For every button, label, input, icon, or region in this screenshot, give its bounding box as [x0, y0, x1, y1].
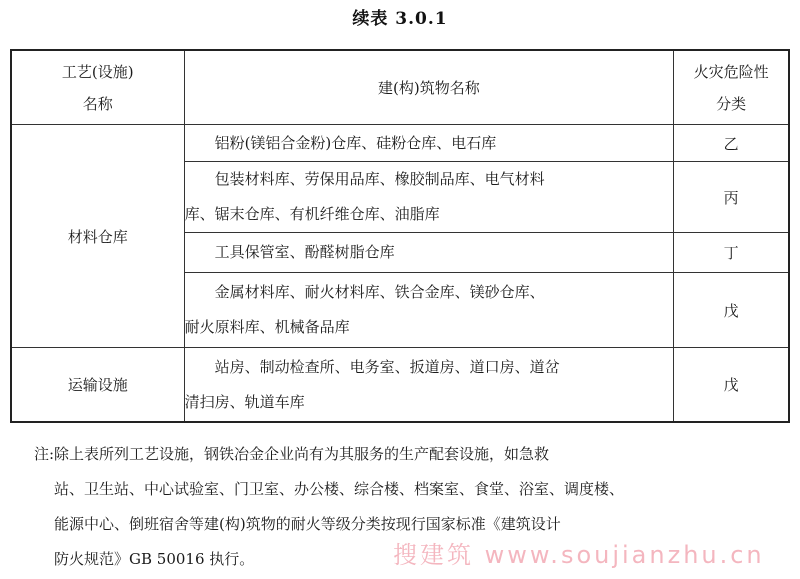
building-names-cell: 铝粉(镁铝合金粉)仓库、硅粉仓库、电石库	[184, 125, 674, 162]
building-names-text-cont: 耐火原料库、机械备品库	[185, 318, 350, 336]
table-header-row: 工艺(设施) 名称 建(构)筑物名称 火灾危险性 分类	[11, 50, 789, 125]
header-col3-line2: 分类	[716, 95, 746, 113]
table-title: 续表 3.0.1	[0, 4, 800, 29]
hazard-class-cell: 丙	[674, 162, 789, 233]
building-names-cell: 包装材料库、劳保用品库、橡胶制品库、电气材料库、锯末仓库、有机纤维仓库、油脂库	[184, 162, 674, 233]
building-names-cell: 金属材料库、耐火材料库、铁合金库、镁砂仓库、耐火原料库、机械备品库	[184, 273, 674, 348]
hazard-class-cell: 丁	[674, 233, 789, 273]
building-names-text: 铝粉(镁铝合金粉)仓库、硅粉仓库、电石库	[215, 134, 497, 152]
hazard-class-cell: 乙	[674, 125, 789, 162]
category-cell: 材料仓库	[11, 125, 184, 348]
header-fire-hazard-class: 火灾危险性 分类	[674, 50, 789, 125]
building-names-cell: 站房、制动检查所、电务室、扳道房、道口房、道岔清扫房、轨道车库	[184, 348, 674, 423]
building-names-text-cont: 库、锯末仓库、有机纤维仓库、油脂库	[185, 205, 440, 223]
fire-hazard-classification-table: 工艺(设施) 名称 建(构)筑物名称 火灾危险性 分类 材料仓库 铝粉(镁铝合金…	[10, 49, 790, 423]
header-building-name: 建(构)筑物名称	[184, 50, 674, 125]
header-col3-line1: 火灾危险性	[694, 63, 769, 81]
hazard-class-cell: 戊	[674, 273, 789, 348]
table-row: 材料仓库 铝粉(镁铝合金粉)仓库、硅粉仓库、电石库 乙	[11, 125, 789, 162]
building-names-text-cont: 清扫房、轨道车库	[185, 393, 305, 411]
header-col1-line1: 工艺(设施)	[62, 63, 134, 81]
building-names-text: 站房、制动检查所、电务室、扳道房、道口房、道岔	[215, 358, 560, 376]
building-names-text: 工具保管室、酚醛树脂仓库	[215, 243, 395, 261]
building-names-text: 金属材料库、耐火材料库、铁合金库、镁砂仓库、	[215, 283, 545, 301]
note-line-1: 注:除上表所列工艺设施，钢铁冶金企业尚有为其服务的生产配套设施，如急救	[34, 437, 794, 472]
note-line-2: 站、卫生站、中心试验室、门卫室、办公楼、综合楼、档案室、食堂、浴室、调度楼、	[34, 472, 794, 507]
hazard-class-cell: 戊	[674, 348, 789, 423]
watermark: 搜建筑 www.soujianzhu.cn	[393, 535, 765, 570]
category-cell: 运输设施	[11, 348, 184, 423]
building-names-cell: 工具保管室、酚醛树脂仓库	[184, 233, 674, 273]
table-row: 运输设施 站房、制动检查所、电务室、扳道房、道口房、道岔清扫房、轨道车库 戊	[11, 348, 789, 423]
building-names-text: 包装材料库、劳保用品库、橡胶制品库、电气材料	[215, 170, 545, 188]
header-process-facility-name: 工艺(设施) 名称	[11, 50, 184, 125]
header-col1-line2: 名称	[83, 95, 113, 113]
